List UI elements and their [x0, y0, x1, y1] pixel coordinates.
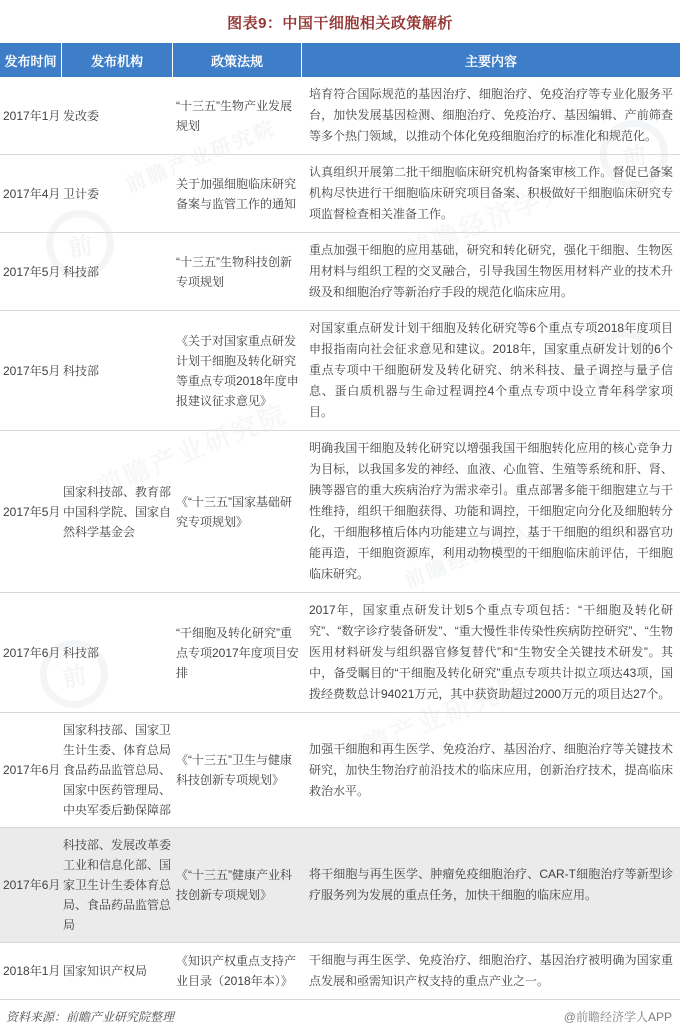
cell-date: 2017年6月 — [0, 643, 62, 663]
cell-policy: 《关于对国家重点研发计划干细胞及转化研究等重点专项2018年度申报建议征求意见》 — [173, 331, 302, 411]
cell-policy: 《知识产权重点支持产业目录（2018年本）》 — [173, 951, 302, 991]
column-header-policy: 政策法规 — [173, 43, 302, 77]
table-row: 2017年5月科技部《关于对国家重点研发计划干细胞及转化研究等重点专项2018年… — [0, 311, 680, 431]
cell-policy: 关于加强细胞临床研究备案与监管工作的通知 — [173, 174, 302, 214]
cell-date: 2017年6月 — [0, 760, 62, 780]
table-body: 2017年1月发改委“十三五”生物产业发展规划培育符合国际规范的基因治疗、细胞治… — [0, 77, 680, 1000]
cell-date: 2017年5月 — [0, 361, 62, 381]
column-header-main-content: 主要内容 — [302, 43, 680, 77]
cell-agency: 科技部、发展改革委工业和信息化部、国家卫生计生委体育总局、食品药品监管总局 — [62, 835, 173, 935]
cell-policy: 《“十三五”卫生与健康科技创新专项规划》 — [173, 750, 302, 790]
cell-policy: “十三五”生物产业发展规划 — [173, 96, 302, 136]
column-header-publish-date: 发布时间 — [0, 43, 62, 77]
table-row: 2017年4月卫计委关于加强细胞临床研究备案与监管工作的通知认真组织开展第二批干… — [0, 155, 680, 233]
cell-date: 2017年5月 — [0, 262, 62, 282]
column-header-agency: 发布机构 — [62, 43, 173, 77]
cell-content: 将干细胞与再生医学、肿瘤免疫细胞治疗、CAR-T细胞治疗等新型诊疗服务列为发展的… — [302, 864, 680, 906]
table-header-row: 发布时间 发布机构 政策法规 主要内容 — [0, 43, 680, 77]
cell-agency: 科技部 — [62, 643, 173, 663]
table-row: 2017年6月国家科技部、国家卫生计生委、体育总局食品药品监管总局、国家中医药管… — [0, 713, 680, 828]
cell-agency: 发改委 — [62, 106, 173, 126]
figure-footer: 资料来源：前瞻产业研究院整理 @前瞻经济学人APP — [0, 1000, 680, 1035]
table-row: 2017年6月科技部、发展改革委工业和信息化部、国家卫生计生委体育总局、食品药品… — [0, 828, 680, 943]
cell-content: 认真组织开展第二批干细胞临床研究机构备案审核工作。督促已备案机构尽快进行干细胞临… — [302, 162, 680, 225]
cell-content: 对国家重点研发计划干细胞及转化研究等6个重点专项2018年度项目申报指南向社会征… — [302, 318, 680, 423]
cell-content: 重点加强干细胞的应用基础，研究和转化研究，强化干细胞、生物医用材料与组织工程的交… — [302, 240, 680, 303]
cell-date: 2017年6月 — [0, 875, 62, 895]
policy-table: 发布时间 发布机构 政策法规 主要内容 2017年1月发改委“十三五”生物产业发… — [0, 43, 680, 1000]
cell-agency: 科技部 — [62, 361, 173, 381]
cell-agency: 卫计委 — [62, 184, 173, 204]
cell-agency: 国家科技部、国家卫生计生委、体育总局食品药品监管总局、国家中医药管理局、中央军委… — [62, 720, 173, 820]
cell-date: 2018年1月 — [0, 961, 62, 981]
figure-title: 图表9：中国干细胞相关政策解析 — [0, 0, 680, 43]
cell-agency: 科技部 — [62, 262, 173, 282]
table-row: 2018年1月国家知识产权局《知识产权重点支持产业目录（2018年本）》干细胞与… — [0, 943, 680, 1000]
cell-policy: “干细胞及转化研究”重点专项2017年度项目安排 — [173, 623, 302, 683]
table-row: 2017年5月科技部“十三五”生物科技创新专项规划重点加强干细胞的应用基础，研究… — [0, 233, 680, 311]
source-note: 资料来源：前瞻产业研究院整理 — [6, 1008, 174, 1025]
cell-content: 2017年，国家重点研发计划5个重点专项包括：“干细胞及转化研究”、“数字诊疗装… — [302, 600, 680, 705]
cell-agency: 国家科技部、教育部中国科学院、国家自然科学基金会 — [62, 482, 173, 542]
credit-note: @前瞻经济学人APP — [564, 1008, 672, 1025]
cell-policy: 《“十三五”健康产业科技创新专项规划》 — [173, 865, 302, 905]
cell-content: 加强干细胞和再生医学、免疫治疗、基因治疗、细胞治疗等关键技术研究，加快生物治疗前… — [302, 739, 680, 802]
cell-date: 2017年1月 — [0, 106, 62, 126]
cell-policy: 《“十三五”国家基础研究专项规划》 — [173, 492, 302, 532]
cell-content: 干细胞与再生医学、免疫治疗、细胞治疗、基因治疗被明确为国家重点发展和亟需知识产权… — [302, 950, 680, 992]
cell-date: 2017年5月 — [0, 502, 62, 522]
cell-content: 培育符合国际规范的基因治疗、细胞治疗、免疫治疗等专业化服务平台，加快发展基因检测… — [302, 84, 680, 147]
figure-page: 前瞻产业研究院 前 前瞻经济学人 前 前瞻产业研究院 前瞻经济学人 前 前瞻产业… — [0, 0, 680, 1035]
cell-date: 2017年4月 — [0, 184, 62, 204]
cell-policy: “十三五”生物科技创新专项规划 — [173, 252, 302, 292]
table-row: 2017年6月科技部“干细胞及转化研究”重点专项2017年度项目安排2017年，… — [0, 593, 680, 713]
table-row: 2017年1月发改委“十三五”生物产业发展规划培育符合国际规范的基因治疗、细胞治… — [0, 77, 680, 155]
cell-agency: 国家知识产权局 — [62, 961, 173, 981]
cell-content: 明确我国干细胞及转化研究以增强我国干细胞转化应用的核心竞争力为目标，以我国多发的… — [302, 438, 680, 585]
table-row: 2017年5月国家科技部、教育部中国科学院、国家自然科学基金会《“十三五”国家基… — [0, 431, 680, 593]
